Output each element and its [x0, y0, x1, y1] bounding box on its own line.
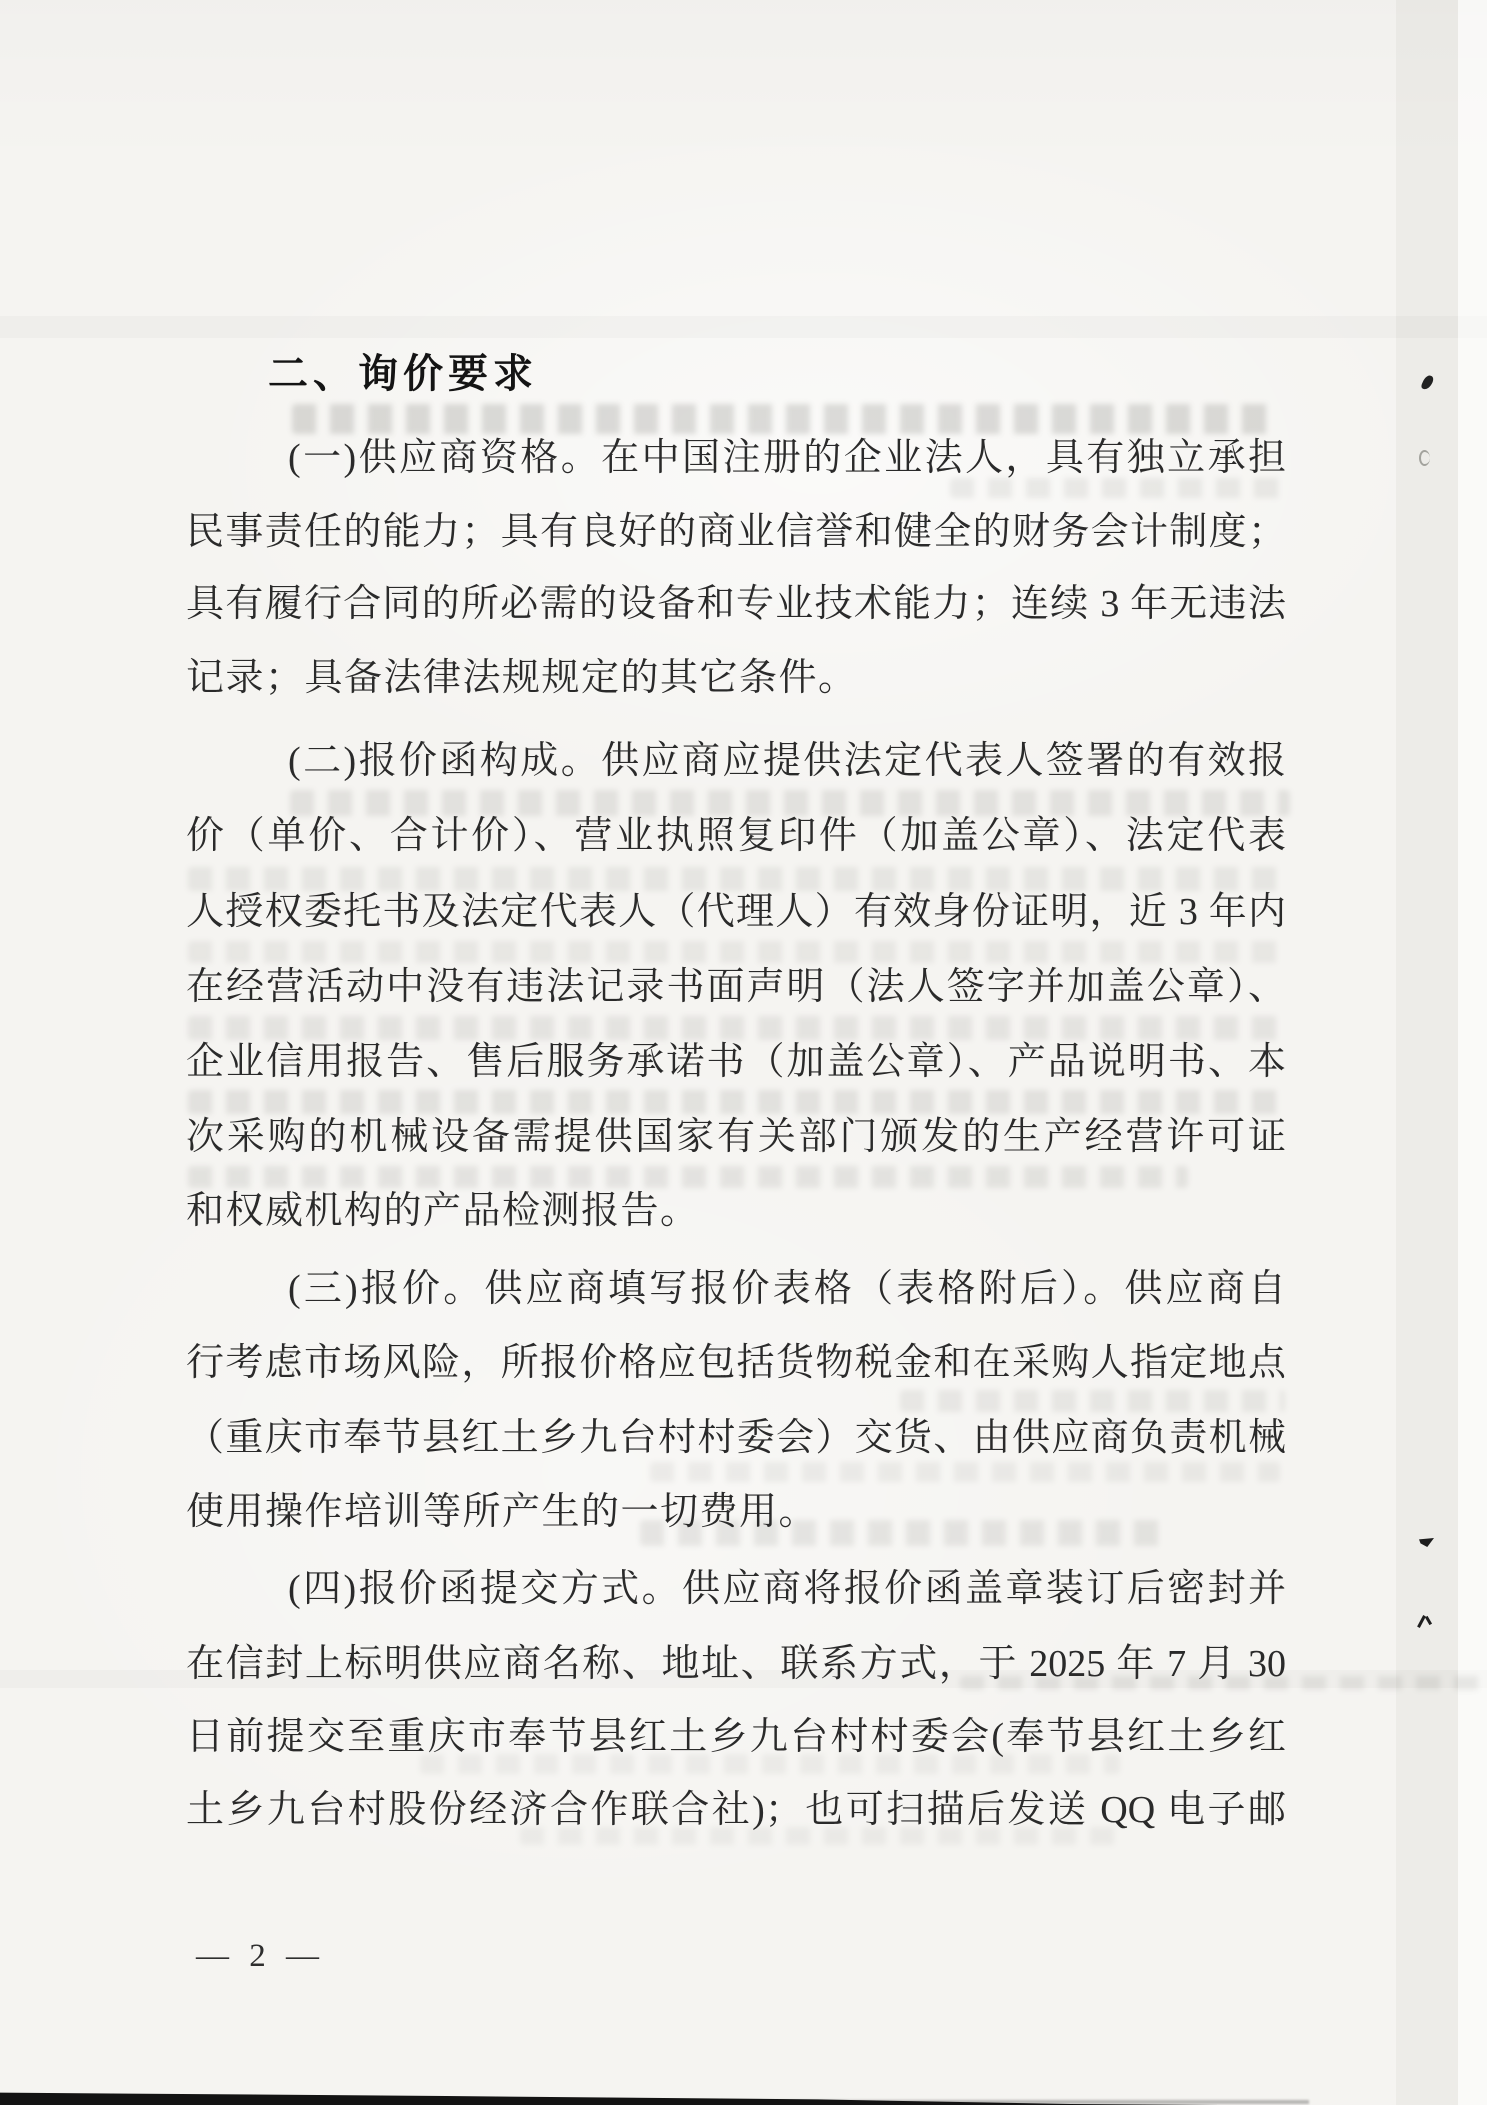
doc-line: 次采购的机械设备需提供国家有关部门颁发的生产经营许可证 — [186, 1116, 1286, 1160]
doc-line: (三)报价。供应商填写报价表格（表格附后）。供应商自 — [288, 1268, 1286, 1312]
page-number: — 2 — — [196, 1938, 325, 1975]
bleedthrough-ghost — [292, 404, 1277, 434]
bleedthrough-ghost — [188, 941, 1283, 963]
doc-line: 民事责任的能力；具有良好的商业信誉和健全的财务会计制度； — [186, 511, 1286, 555]
doc-line: 在经营活动中没有违法记录书面声明（法人签字并加盖公章）、 — [186, 966, 1286, 1010]
doc-line: 土乡九台村股份经济合作联合社)；也可扫描后发送 QQ 电子邮 — [186, 1789, 1286, 1833]
doc-line: (四)报价函提交方式。供应商将报价函盖章装订后密封并 — [288, 1568, 1286, 1612]
bleedthrough-ghost — [650, 1462, 1280, 1482]
bleedthrough-ghost — [188, 867, 1283, 891]
bleedthrough-ghost — [290, 790, 1290, 816]
doc-line: 日前提交至重庆市奉节县红土乡九台村村委会(奉节县红土乡红 — [186, 1716, 1286, 1760]
scan-speck — [1419, 450, 1430, 466]
doc-line: 记录；具备法律法规规定的其它条件。 — [186, 657, 1286, 701]
scan-speck — [1419, 1538, 1434, 1547]
doc-line: 企业信用报告、售后服务承诺书（加盖公章）、产品说明书、本 — [186, 1041, 1286, 1085]
scan-speck — [1418, 1615, 1434, 1628]
scan-shading — [1396, 0, 1458, 2105]
doc-line: 人授权委托书及法定代表人（代理人）有效身份证明，近 3 年内 — [186, 891, 1286, 935]
scanned-document-page: 二、询价要求 (一)供应商资格。在中国注册的企业法人，具有独立承担 民事责任的能… — [0, 0, 1487, 2105]
bleedthrough-ghost — [188, 1090, 1283, 1114]
bleedthrough-ghost — [900, 1390, 1285, 1412]
scan-speck — [1420, 374, 1434, 391]
doc-line: 在信封上标明供应商名称、地址、联系方式，于 2025 年 7 月 30 — [186, 1643, 1286, 1687]
scan-shading — [1458, 0, 1487, 2105]
bleedthrough-ghost — [188, 1166, 1188, 1188]
doc-line: 行考虑市场风险，所报价格应包括货物税金和在采购人指定地点 — [186, 1342, 1286, 1386]
doc-line: (一)供应商资格。在中国注册的企业法人，具有独立承担 — [288, 437, 1286, 481]
doc-line: (二)报价函构成。供应商应提供法定代表人签署的有效报 — [288, 740, 1286, 784]
doc-line: （重庆市奉节县红土乡九台村村委会）交货、由供应商负责机械 — [186, 1417, 1286, 1461]
doc-line: 和权威机构的产品检测报告。 — [186, 1190, 1286, 1234]
doc-line: 价（单价、合计价）、营业执照复印件（加盖公章）、法定代表 — [186, 815, 1286, 859]
doc-line: 使用操作培训等所产生的一切费用。 — [186, 1491, 1286, 1535]
doc-line: 具有履行合同的所必需的设备和专业技术能力；连续 3 年无违法 — [186, 583, 1286, 627]
bleedthrough-ghost — [950, 478, 1290, 498]
section-heading: 二、询价要求 — [268, 352, 538, 396]
scan-shading — [0, 316, 1487, 338]
bleedthrough-ghost — [188, 1016, 1283, 1040]
